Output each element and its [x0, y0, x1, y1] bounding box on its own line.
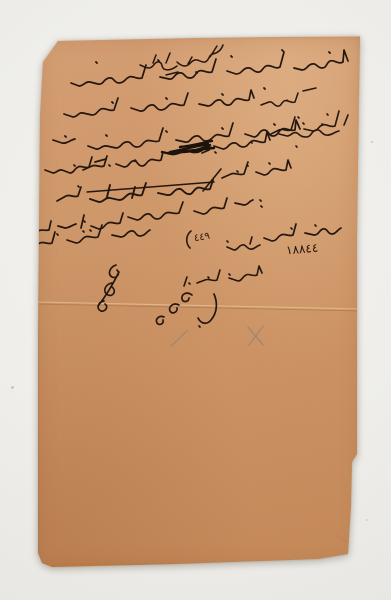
bottom-edge-sliver [47, 565, 177, 566]
letter-paper-wrapper: ٤٤٩ ١٨٨٤٤ [36, 36, 361, 567]
letter-paper: ٤٤٩ ١٨٨٤٤ [36, 36, 361, 567]
document-number-text: ١٨٨٤٤ [286, 242, 319, 257]
mat-speck [366, 519, 368, 521]
mat-speck [371, 141, 373, 143]
photo-mat: ٤٤٩ ١٨٨٤٤ [0, 0, 391, 600]
mat-speck [11, 386, 14, 389]
paper-grain-texture [36, 36, 361, 567]
handwriting-svg [36, 36, 361, 567]
